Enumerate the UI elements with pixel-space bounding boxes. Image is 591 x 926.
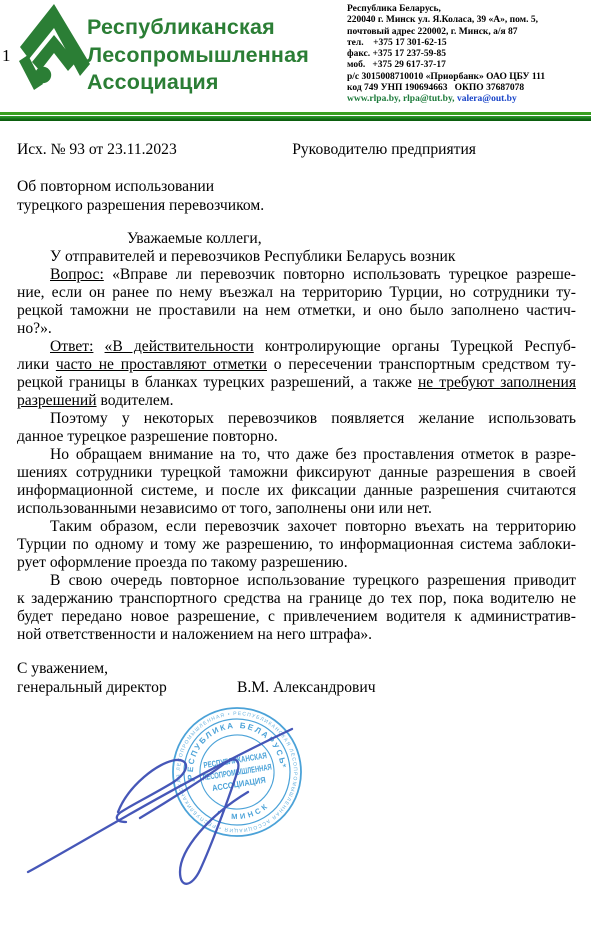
- signer-name: В.М. Александрович: [237, 678, 376, 697]
- closing-block: С уважением, генеральный директор В.М. А…: [17, 659, 576, 697]
- salutation: Уважаемые коллеги,: [127, 229, 576, 248]
- letter-text-line: шениях сотрудники турецкой таможни фикси…: [17, 464, 576, 482]
- closing-title: генеральный директор: [17, 679, 167, 696]
- stamp-star-right: *: [282, 762, 288, 773]
- page-number-marker: 1: [2, 46, 11, 66]
- letter-paragraphs: У отправителей и перевозчиков Республики…: [17, 248, 576, 644]
- letter-text-line: данное турецкое разрешение повторно.: [17, 428, 576, 446]
- letter-body: Исх. № 93 от 23.11.2023 Руководителю пре…: [17, 141, 576, 697]
- letter-text-line: Ответ: «В действительности контролирующи…: [17, 338, 576, 356]
- letter-page: 1 РеспубликанскаяЛесопромышленнаяАссоциа…: [0, 0, 591, 926]
- letter-text-line: Поэтому у некоторых перевозчиков появляе…: [17, 410, 576, 428]
- stamp-country-text: РЕСПУБЛИКА БЕЛАРУСЬ: [179, 714, 288, 781]
- letter-text-line: информационной системе, и после их фикса…: [17, 482, 576, 500]
- letter-text-line: Таким образом, если перевозчик захочет п…: [17, 518, 576, 536]
- letter-text-line: У отправителей и перевозчиков Республики…: [17, 248, 576, 266]
- stamp-outer-ring-text: • РЕСПУБЛИКАНСКАЯ ЛЕСОПРОМЫШЛЕННАЯ АССОЦ…: [157, 692, 307, 845]
- letter-text-line: Турции по одному и тому же разрешению, т…: [17, 536, 576, 554]
- website-email-line: www.rlpa.by, rlpa@tut.by, valera@out.by: [347, 94, 589, 105]
- stamp-star-left: *: [191, 777, 197, 788]
- letter-text-line: рецкой границы в бланках турецких разреш…: [17, 374, 576, 392]
- svg-text:• РЕСПУБЛИКАНСКАЯ ЛЕСОПРОМЫШЛЕ: • РЕСПУБЛИКАНСКАЯ ЛЕСОПРОМЫШЛЕННАЯ АССОЦ…: [157, 692, 307, 845]
- closing-regards: С уважением,: [17, 659, 576, 678]
- letter-text-line: рецкой таможни не проставили на нем отме…: [17, 302, 576, 320]
- reference-row: Исх. № 93 от 23.11.2023 Руководителю пре…: [17, 141, 576, 159]
- letter-text-line: рует оформление проезда по такому разреш…: [17, 554, 576, 572]
- svg-text:г. МИНСК: г. МИНСК: [214, 800, 272, 825]
- stamp-center-line-2: ЛЕСОПРОМЫШЛЕННАЯ: [202, 762, 273, 783]
- header-divider: [0, 112, 591, 121]
- association-logo-icon: [12, 2, 92, 92]
- letter-text-line: лики часто не проставляют отметки о пере…: [17, 356, 576, 374]
- contact-block: Республика Беларусь,220040 г. Минск ул. …: [347, 4, 589, 106]
- stamp-center-line-1: РЕСПУБЛИКАНСКАЯ: [203, 750, 268, 770]
- letter-text-line: В свою очередь повторное использование т…: [17, 572, 576, 590]
- stamp-center-line-3: АССОЦИАЦИЯ: [211, 775, 266, 793]
- letter-text-line: но?».: [17, 320, 576, 338]
- letter-text-line: Вопрос: «Вправе ли перевозчик повторно и…: [17, 266, 576, 284]
- letter-text-line: к задержанию транспортного средства на г…: [17, 590, 576, 608]
- letter-text-line: ние, если он ранее по нему въезжал на те…: [17, 284, 576, 302]
- subject-lines: Об повторном использованиитурецкого разр…: [17, 177, 576, 215]
- letter-text-line: будет передано новое разрешение, с привл…: [17, 608, 576, 626]
- outgoing-number: Исх. № 93 от 23.11.2023: [17, 141, 177, 159]
- org-name: РеспубликанскаяЛесопромышленнаяАссоциаци…: [87, 14, 309, 97]
- signature-ink: [0, 690, 330, 900]
- website-emails-green: www.rlpa.by, rlpa@tut.by,: [347, 94, 455, 104]
- svg-text:РЕСПУБЛИКА БЕЛАРУСЬ: РЕСПУБЛИКА БЕЛАРУСЬ: [179, 714, 288, 781]
- signature-row: генеральный директор В.М. Александрович: [17, 678, 576, 697]
- letter-text-line: использованными независимо от того, запо…: [17, 500, 576, 518]
- round-stamp: • РЕСПУБЛИКАНСКАЯ ЛЕСОПРОМЫШЛЕННАЯ АССОЦ…: [157, 692, 317, 852]
- stamp-city-text: г. МИНСК: [214, 800, 272, 825]
- email-blue: valera@out.by: [457, 94, 517, 104]
- addressee: Руководителю предприятия: [292, 141, 476, 159]
- letter-text-line: Но обращаем внимание на то, что даже без…: [17, 446, 576, 464]
- letter-text-line: ной ответственности и наложением на него…: [17, 626, 576, 644]
- contact-lines: Республика Беларусь,220040 г. Минск ул. …: [347, 4, 589, 94]
- letter-text-line: разрешений водителем.: [17, 392, 576, 410]
